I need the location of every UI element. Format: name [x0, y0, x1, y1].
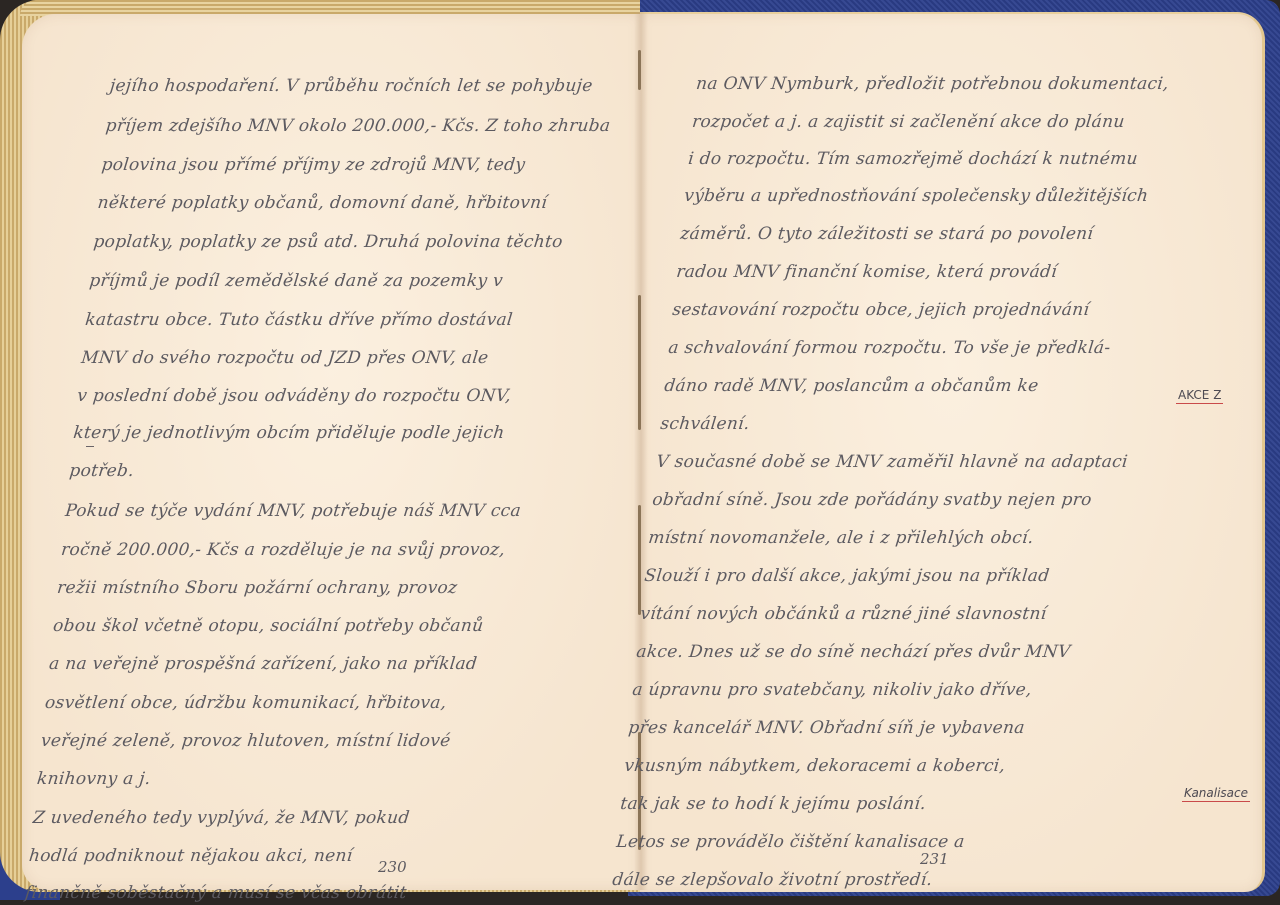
binding-stitch	[638, 505, 641, 615]
text-line: potřeb.	[68, 461, 135, 481]
text-line: režii místního Sboru požární ochrany, pr…	[56, 578, 458, 598]
text-line: Letos se provádělo čištění kanalisace a	[615, 832, 965, 852]
text-line: Z uvedeného tedy vyplývá, že MNV, pokud	[32, 808, 411, 828]
text-line: vítání nových občánků a různé jiné slavn…	[639, 604, 1047, 624]
page-number-right: 231	[920, 850, 949, 868]
text-line: výběru a upřednostňování společensky důl…	[683, 186, 1149, 206]
binding-stitch	[638, 50, 641, 90]
text-line: Pokud se týče vydání MNV, potřebuje náš …	[64, 501, 522, 521]
text-line: Slouží i pro další akce, jakými jsou na …	[643, 566, 1050, 586]
margin-note-kanalisace: Kanalisace	[1182, 786, 1250, 802]
text-line: tak jak se to hodí k jejímu poslání.	[619, 794, 927, 814]
page-number-left: 230	[378, 858, 407, 876]
text-line: polovina jsou přímé příjmy ze zdrojů MNV…	[101, 155, 527, 175]
text-line: osvětlení obce, údržbu komunikací, hřbit…	[44, 693, 448, 713]
text-line: vkusným nábytkem, dekoracemi a koberci,	[623, 756, 1006, 776]
text-line: akce. Dnes už se do síně nechází přes dv…	[635, 642, 1071, 662]
text-line: a úpravnu pro svatebčany, nikoliv jako d…	[631, 680, 1032, 700]
text-line: a schvalování formou rozpočtu. To vše je…	[667, 338, 1111, 358]
text-line: poplatky, poplatky ze psů atd. Druhá pol…	[92, 232, 563, 252]
text-line: záměrů. O tyto záležitosti se stará po p…	[679, 224, 1094, 244]
text-line: a na veřejně prospěšná zařízení, jako na…	[48, 654, 478, 674]
left-page	[22, 14, 640, 890]
text-line: rozpočet a j. a zajistit si začlenění ak…	[691, 112, 1126, 132]
text-line: radou MNV finanční komise, která provádí	[675, 262, 1058, 282]
margin-dash-mark	[86, 446, 94, 447]
text-line: dále se zlepšovalo životní prostředí.	[611, 870, 933, 890]
text-line: hodlá podniknout nějakou akci, není	[28, 846, 354, 866]
notebook-spread: jejího hospodaření. V průběhu ročních le…	[0, 0, 1280, 905]
text-line: veřejné zeleně, provoz hlutoven, místní …	[40, 731, 452, 751]
text-line: v poslední době jsou odváděny do rozpočt…	[76, 386, 512, 406]
text-line: místní novomanžele, ale i z přilehlých o…	[647, 528, 1034, 548]
text-line: finančně soběstačný a musí se včas obrát…	[24, 883, 408, 903]
text-line: příjem zdejšího MNV okolo 200.000,- Kčs.…	[105, 116, 612, 136]
text-line: některé poplatky občanů, domovní daně, h…	[97, 193, 549, 213]
text-line: V současné době se MNV zaměřil hlavně na…	[655, 452, 1128, 472]
text-line: katastru obce. Tuto částku dříve přímo d…	[84, 310, 513, 330]
binding-stitch	[638, 295, 641, 430]
text-line: obou škol včetně otopu, sociální potřeby…	[52, 616, 484, 636]
text-line: ročně 200.000,- Kčs a rozděluje je na sv…	[60, 540, 506, 560]
text-line: schválení.	[659, 414, 750, 434]
text-line: obřadní síně. Jsou zde pořádány svatby n…	[651, 490, 1092, 510]
text-line: sestavování rozpočtu obce, jejich projed…	[671, 300, 1090, 320]
text-line: knihovny a j.	[36, 769, 152, 789]
text-line: jejího hospodaření. V průběhu ročních le…	[109, 76, 594, 96]
margin-note-akce-z: AKCE Z	[1176, 388, 1223, 404]
text-line: příjmů je podíl zemědělské daně za pozem…	[88, 271, 504, 291]
text-line: MNV do svého rozpočtu od JZD přes ONV, a…	[80, 348, 489, 368]
text-line: dáno radě MNV, poslancům a občanům ke	[663, 376, 1039, 396]
text-line: přes kancelář MNV. Obřadní síň je vybave…	[627, 718, 1025, 738]
text-line: na ONV Nymburk, předložit potřebnou doku…	[695, 74, 1170, 94]
text-line: i do rozpočtu. Tím samozřejmě dochází k …	[687, 149, 1139, 169]
text-line: který je jednotlivým obcím přiděluje pod…	[72, 423, 505, 443]
